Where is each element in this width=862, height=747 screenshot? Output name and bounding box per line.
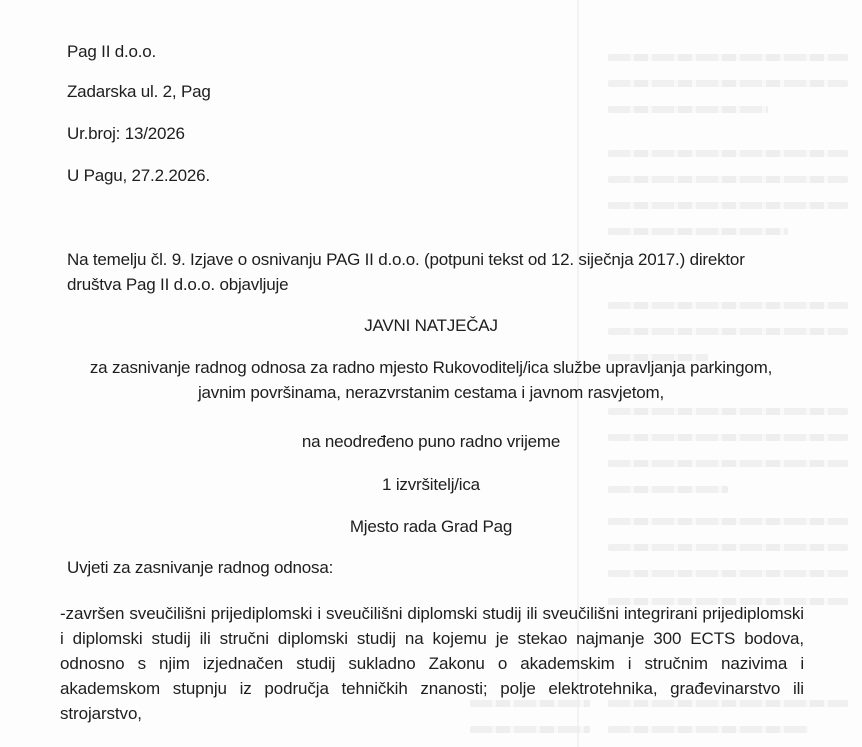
place-and-date: U Pagu, 27.2.2026. bbox=[67, 166, 210, 186]
scanned-document-page: Pag II d.o.o. Zadarska ul. 2, Pag Ur.bro… bbox=[0, 0, 862, 747]
subtitle-line-1: za zasnivanje radnog odnosa za radno mje… bbox=[0, 358, 862, 378]
company-address: Zadarska ul. 2, Pag bbox=[67, 82, 211, 102]
reference-number: Ur.broj: 13/2026 bbox=[67, 124, 185, 144]
document-title: JAVNI NATJEČAJ bbox=[0, 316, 862, 336]
company-name: Pag II d.o.o. bbox=[67, 42, 156, 62]
condition-item: -završen sveučilišni prijediplomski i sv… bbox=[60, 601, 804, 726]
subtitle-line-2: javnim površinama, nerazvrstanim cestama… bbox=[0, 383, 862, 403]
employment-type: na neodređeno puno radno vrijeme bbox=[0, 432, 862, 452]
conditions-heading: Uvjeti za zasnivanje radnog odnosa: bbox=[67, 558, 333, 578]
work-location: Mjesto rada Grad Pag bbox=[0, 517, 862, 537]
number-of-positions: 1 izvršitelj/ica bbox=[0, 475, 862, 495]
intro-line-1: Na temelju čl. 9. Izjave o osnivanju PAG… bbox=[67, 250, 745, 270]
intro-line-2: društva Pag II d.o.o. objavljuje bbox=[67, 275, 288, 295]
